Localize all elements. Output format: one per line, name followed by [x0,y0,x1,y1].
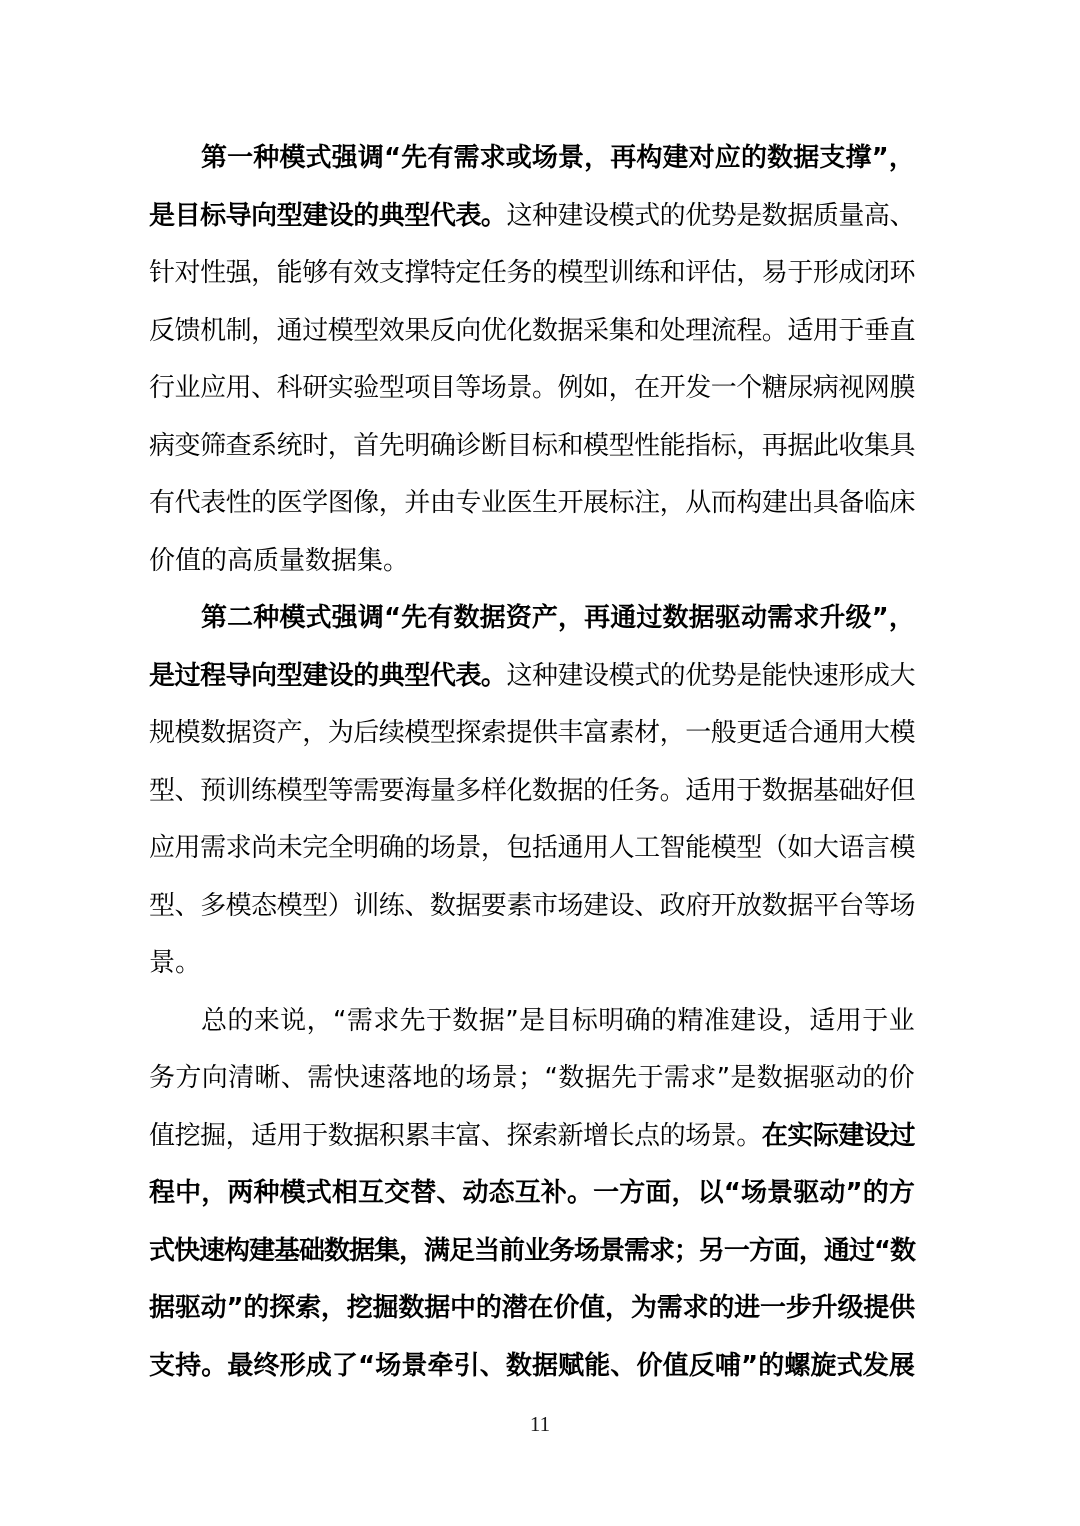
text-line: 病变筛查系统时，首先明确诊断目标和模型性能指标，再据此收集具 [149,418,915,476]
document-page: 第一种模式强调“先有需求或场景，再构建对应的数据支撑”，是目标导向型建设的典型代… [0,0,1080,1526]
text-line: 型、预训练模型等需要海量多样化数据的任务。适用于数据基础好但 [149,763,915,821]
bold-text-run: 式快速构建基础数据集，满足当前业务场景需求；另一方面，通过“数 [149,1236,915,1266]
text-line: 程中，两种模式相互交替、动态互补。一方面，以“场景驱动”的方 [149,1165,915,1223]
text-line: 支持。最终形成了“场景牵引、数据赋能、价值反哺”的螺旋式发展 [149,1338,915,1396]
text-line: 是过程导向型建设的典型代表。这种建设模式的优势是能快速形成大 [149,648,915,706]
text-run: 反馈机制，通过模型效果反向优化数据采集和处理流程。适用于垂直 [149,316,915,346]
paragraph: 第二种模式强调“先有数据资产，再通过数据驱动需求升级”，是过程导向型建设的典型代… [149,590,915,993]
text-line: 反馈机制，通过模型效果反向优化数据采集和处理流程。适用于垂直 [149,303,915,361]
text-line: 务方向清晰、需快速落地的场景；“数据先于需求”是数据驱动的价 [149,1050,915,1108]
bold-text-run: 第二种模式强调“先有数据资产，再通过数据驱动需求升级”， [201,603,915,633]
text-line: 应用需求尚未完全明确的场景，包括通用人工智能模型（如大语言模 [149,820,915,878]
text-run: 有代表性的医学图像，并由专业医生开展标注，从而构建出具备临床 [149,488,915,518]
text-run: 型、多模态模型）训练、数据要素市场建设、政府开放数据平台等场 [149,891,915,921]
document-body: 第一种模式强调“先有需求或场景，再构建对应的数据支撑”，是目标导向型建设的典型代… [149,130,915,1395]
bold-text-run: 第一种模式强调“先有需求或场景，再构建对应的数据支撑”， [201,143,915,173]
text-line: 型、多模态模型）训练、数据要素市场建设、政府开放数据平台等场 [149,878,915,936]
text-line: 总的来说，“需求先于数据”是目标明确的精准建设，适用于业 [149,993,915,1051]
text-line: 规模数据资产，为后续模型探索提供丰富素材，一般更适合通用大模 [149,705,915,763]
bold-text-run: 是过程导向型建设的典型代表。 [149,661,506,691]
text-run: 价值的高质量数据集。 [149,546,409,576]
text-line: 有代表性的医学图像，并由专业医生开展标注，从而构建出具备临床 [149,475,915,533]
text-line: 值挖掘，适用于数据积累丰富、探索新增长点的场景。在实际建设过 [149,1108,915,1166]
text-run: 型、预训练模型等需要海量多样化数据的任务。适用于数据基础好但 [149,776,915,806]
text-run: 这种建设模式的优势是能快速形成大 [506,661,915,691]
bold-text-run: 据驱动”的探索，挖掘数据中的潜在价值，为需求的进一步升级提供 [149,1293,915,1323]
text-line: 价值的高质量数据集。 [149,533,915,591]
text-run: 应用需求尚未完全明确的场景，包括通用人工智能模型（如大语言模 [149,833,915,863]
bold-text-run: 支持。最终形成了“场景牵引、数据赋能、价值反哺”的螺旋式发展 [149,1351,915,1381]
text-run: 务方向清晰、需快速落地的场景；“数据先于需求”是数据驱动的价 [149,1063,915,1093]
text-run: 这种建设模式的优势是数据质量高、 [506,201,915,231]
paragraph: 第一种模式强调“先有需求或场景，再构建对应的数据支撑”，是目标导向型建设的典型代… [149,130,915,590]
text-line: 行业应用、科研实验型项目等场景。例如，在开发一个糖尿病视网膜 [149,360,915,418]
text-run: 行业应用、科研实验型项目等场景。例如，在开发一个糖尿病视网膜 [149,373,915,403]
text-line: 第一种模式强调“先有需求或场景，再构建对应的数据支撑”， [149,130,915,188]
text-line: 式快速构建基础数据集，满足当前业务场景需求；另一方面，通过“数 [149,1223,915,1281]
text-run: 病变筛查系统时，首先明确诊断目标和模型性能指标，再据此收集具 [149,431,915,461]
page-number: 11 [0,1412,1080,1437]
text-line: 景。 [149,935,915,993]
text-line: 针对性强，能够有效支撑特定任务的模型训练和评估，易于形成闭环 [149,245,915,303]
text-run: 值挖掘，适用于数据积累丰富、探索新增长点的场景。 [149,1121,762,1151]
paragraph: 总的来说，“需求先于数据”是目标明确的精准建设，适用于业务方向清晰、需快速落地的… [149,993,915,1396]
text-line: 据驱动”的探索，挖掘数据中的潜在价值，为需求的进一步升级提供 [149,1280,915,1338]
text-line: 是目标导向型建设的典型代表。这种建设模式的优势是数据质量高、 [149,188,915,246]
text-run: 景。 [149,948,201,978]
text-run: 总的来说，“需求先于数据”是目标明确的精准建设，适用于业 [201,1006,915,1036]
text-run: 针对性强，能够有效支撑特定任务的模型训练和评估，易于形成闭环 [149,258,915,288]
bold-text-run: 是目标导向型建设的典型代表。 [149,201,506,231]
text-run: 规模数据资产，为后续模型探索提供丰富素材，一般更适合通用大模 [149,718,915,748]
bold-text-run: 程中，两种模式相互交替、动态互补。一方面，以“场景驱动”的方 [149,1178,915,1208]
bold-text-run: 在实际建设过 [762,1121,915,1151]
text-line: 第二种模式强调“先有数据资产，再通过数据驱动需求升级”， [149,590,915,648]
